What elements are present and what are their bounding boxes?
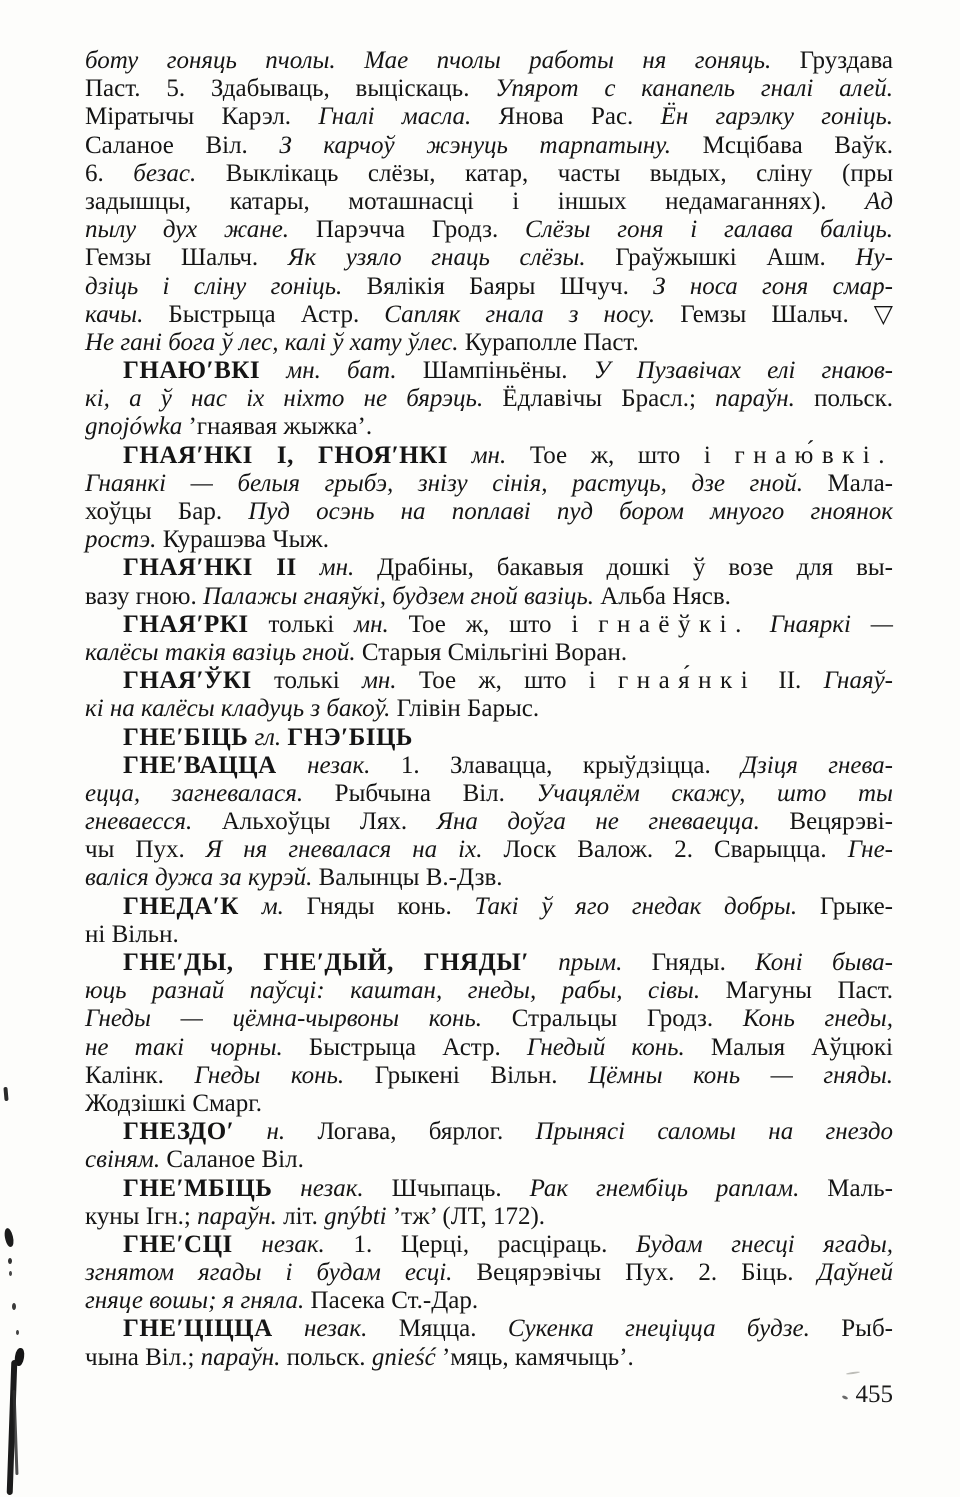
text-run-italic: У Пузавічах елі гнаюв- (594, 357, 893, 384)
text-run: Парэчча Гродз. (289, 216, 525, 243)
text-run: Граўжышкі Ашм. (586, 244, 856, 271)
text-run: Грыкені Вільн. (344, 1062, 588, 1089)
text-run: ні Вільн. (85, 921, 179, 948)
text-run: Тое ж, што і (397, 667, 618, 694)
text-run-italic: Гнеды конь. (194, 1062, 344, 1089)
text-run-spaced: гнаёўкі. (598, 611, 750, 638)
text-line: 6. безас. Выклікаць слёзы, катар, часты … (85, 160, 893, 188)
text-run: ’тж’ (ЛТ, 172). (387, 1203, 545, 1230)
text-run: Кураполле Паст. (459, 329, 639, 356)
text-run: Драбіны, бакавыя дошкі ў возе для вы- (354, 554, 893, 581)
text-run: Альба Нясв. (594, 583, 731, 610)
text-run: Гемзы Шальч. ▽ (655, 301, 893, 328)
text-run-italic: Гнаянкі — белыя грыбэ, знізу сінія, раст… (85, 470, 803, 497)
page-number: 455 (856, 1381, 894, 1409)
text-run: Міратычы Карэл. (85, 103, 318, 130)
text-run: Вецярэвічы Пух. 2. Біць. (452, 1259, 817, 1286)
text-run: хоўцы Бар. (85, 498, 248, 525)
entry-first-line: ГНЕ′СЦІ незак. 1. Церці, расціраць. Буда… (85, 1231, 893, 1259)
text-run-italic: гл. (248, 724, 287, 751)
text-run-italic: Прынясі саломы на гнездо (536, 1118, 893, 1145)
entry-first-line: ГНЕ′МБІЦЬ незак. Шчыпаць. Рак гнембіць р… (85, 1175, 893, 1203)
text-run-italic: ецца, загневалася. (85, 780, 303, 807)
text-line: Жодзішкі Смарг. (85, 1090, 893, 1118)
text-run: 1. Злавацца, крыўдзіцца. (370, 752, 741, 779)
text-run: 6. (85, 160, 133, 187)
text-run: Гняды конь. (284, 893, 475, 920)
text-line: гневаесся. Альхоўцы Лях. Яна доўга не гн… (85, 808, 893, 836)
text-run-italic: Палажы гнаяўкі, будзем гной вазіць. (203, 583, 594, 610)
text-run: Рыб- (810, 1315, 893, 1342)
text-run-italic: Пуд осэнь на поплаві пуд бором мнуого гн… (248, 498, 893, 525)
text-line: згнятом ягады і будам есці. Вецярэвічы П… (85, 1259, 893, 1287)
text-line: чы Пух. Я ня гневалася на іх. Лоск Валож… (85, 836, 893, 864)
text-run-italic: валіся дужа за курэй. (85, 864, 312, 891)
text-run: Калінк. (85, 1062, 194, 1089)
entry-first-line: ГНАЯ′ЎКІ толькі мн. Тое ж, што і гная́нк… (85, 667, 893, 695)
text-run: Выклікаць слёзы, катар, часты выдых, слі… (196, 160, 893, 187)
text-run: куны Ігн.; (85, 1203, 197, 1230)
text-run-spaced: гная́нкі (618, 667, 756, 694)
text-run: Саланое Віл. (85, 132, 279, 159)
text-run-italic: н. (234, 1118, 285, 1145)
text-line: пылу дух жане. Парэчча Гродз. Слёзы гоня… (85, 216, 893, 244)
text-line: куны Ігн.; параўн. літ. gnýbti ’тж’ (ЛТ,… (85, 1203, 893, 1231)
text-run-italic: Будам гнесці ягады, (636, 1231, 893, 1258)
text-run: Гняды. (622, 949, 755, 976)
text-run-italic: незак. (277, 752, 371, 779)
text-run-italic: гневаесся. (85, 808, 192, 835)
entry-first-line: ГНЕ′ВАЦЦА незак. 1. Злавацца, крыўдзіцца… (85, 752, 893, 780)
text-run-italic: gnieść (372, 1344, 436, 1371)
text-line: качы. Быстрыца Астр. Сапляк гнала з носу… (85, 301, 893, 329)
text-run-italic: параўн. (197, 1203, 277, 1230)
text-run: Груздава (771, 47, 893, 74)
text-run-italic: параўн. (201, 1344, 281, 1371)
text-line: хоўцы Бар. Пуд осэнь на поплаві пуд боро… (85, 498, 893, 526)
text-run: толькі (252, 667, 362, 694)
headword: ГНЕЗДО′ (123, 1118, 234, 1145)
headword: ГНАЮ′ВКІ (123, 357, 260, 384)
text-run: Грыке- (797, 893, 893, 920)
text-run-italic: Цёмны конь — гняды. (588, 1062, 893, 1089)
text-run: польск. (280, 1344, 371, 1371)
entry-first-line: ГНАЮ′ВКІ мн. бат. Шампіньёны. У Пузавіча… (85, 357, 893, 385)
text-run: Стральцы Гродз. (482, 1005, 743, 1032)
text-run-italic: мн. (297, 554, 355, 581)
text-run-italic: Даўней (817, 1259, 893, 1286)
text-run-italic: незак. (272, 1175, 363, 1202)
text-run-italic: Гне- (848, 836, 893, 863)
ink-mark-dot (9, 1271, 12, 1276)
text-line: валіся дужа за курэй. Валынцы В.-Дзв. (85, 864, 893, 892)
text-run: Магуны Паст. (700, 977, 893, 1004)
text-run-italic: Яна доўга не гневаецца. (437, 808, 760, 835)
text-run-italic: незак. (233, 1231, 325, 1258)
text-run: Паст. 5. Здабываць, выціскаць. (85, 75, 495, 102)
text-run-italic: Конь гнеды, (743, 1005, 893, 1032)
text-line: gnojówka ’гнаявая жыжка’. (85, 413, 893, 441)
text-run: Тое ж, што і (506, 442, 734, 469)
text-line: Міратычы Карэл. Гналі масла. Янова Рас. … (85, 103, 893, 131)
text-run: Рыбчына Віл. (303, 780, 536, 807)
text-run-italic: Такі ў яго гнедак добры. (474, 893, 797, 920)
text-run: Логава, бярлог. (285, 1118, 535, 1145)
ink-mark-dot (12, 1303, 16, 1310)
text-line: ецца, загневалася. Рыбчына Віл. Учацялём… (85, 780, 893, 808)
text-run-italic: згнятом ягады і будам есці. (85, 1259, 452, 1286)
text-run: Быстрыца Астр. (283, 1034, 527, 1061)
text-run-italic: Я ня гневалася на іх. (206, 836, 483, 863)
headword: ГНЕ′ЦІЦЦА (123, 1315, 273, 1342)
text-run: Мсцібава Ваўк. (671, 132, 893, 159)
headword: ГНЕ′ВАЦЦА (123, 752, 277, 779)
text-run: Шампіньёны. (397, 357, 594, 384)
text-run-italic: мн. (354, 611, 389, 638)
text-run-italic: Рак гнембіць раплам. (530, 1175, 800, 1202)
text-run-italic: Ад (865, 188, 893, 215)
text-run-italic: Слёзы гоня і галава баліць. (525, 216, 893, 243)
text-line: Калінк. Гнеды конь. Грыкені Вільн. Цёмны… (85, 1062, 893, 1090)
text-run: Вялікія Баяры Шчуч. (342, 273, 653, 300)
text-run: Глівін Барыс. (390, 695, 539, 722)
headword: ГНАЯ′РКІ (123, 611, 249, 638)
text-run-italic: Не гані бога ў лес, калі ў хату ўлес. (85, 329, 459, 356)
text-run-italic: м. (239, 893, 284, 920)
text-run-italic: Учацялём скажу, што ты (537, 780, 894, 807)
text-run-italic: ростэ. (85, 526, 156, 553)
text-run: Саланое Віл. (160, 1146, 304, 1173)
text-run: Маль- (799, 1175, 893, 1202)
text-run: Жодзішкі Смарг. (85, 1090, 262, 1117)
text-run-italic: свіням. (85, 1146, 160, 1173)
ink-mark-tick (3, 1087, 8, 1101)
text-run: Тое ж, што і (389, 611, 598, 638)
text-run: Старыя Смільгіні Воран. (356, 639, 627, 666)
text-run: Курашэва Чыж. (156, 526, 329, 553)
text-run-italic: Як узяло гнаць слёзы. (288, 244, 586, 271)
entry-first-line: ГНАЯ′НКІ I, ГНОЯ′НКІ мн. Тое ж, што і гн… (85, 442, 893, 470)
text-run-italic: gnojówka (85, 413, 182, 440)
text-run-italic: Гнеды — цёмна-чырвоны конь. (85, 1005, 482, 1032)
entry-first-line: ГНЕДА′К м. Гняды конь. Такі ў яго гнедак… (85, 893, 893, 921)
text-run-italic: Сапляк гнала з носу. (384, 301, 655, 328)
text-run-italic: безас. (133, 160, 196, 187)
text-run: II. (756, 667, 823, 694)
text-line: боту гоняць пчолы. Мае пчолы работы ня г… (85, 47, 893, 75)
text-run-italic: gnýbti (324, 1203, 387, 1230)
text-line: вазу гною. Палажы гнаяўкі, будзем гной в… (85, 583, 893, 611)
ink-mark-dot (8, 1258, 12, 1264)
text-run-italic: не такі чорны. (85, 1034, 283, 1061)
ink-mark-speck (16, 1330, 19, 1335)
text-line: кі, а ў нас іх ніхто не бярэць. Ёдлавічы… (85, 385, 893, 413)
text-run-italic: Ён гарэлку гоніць. (661, 103, 893, 130)
text-run: задышцы, катары, моташнасці і іншых неда… (85, 188, 865, 215)
text-run: літ. (277, 1203, 324, 1230)
text-line: ростэ. Курашэва Чыж. (85, 526, 893, 554)
headword: ГНЕ′СЦІ (123, 1231, 233, 1258)
text-line: дзіць і сліну гоніць. Вялікія Баяры Шчуч… (85, 273, 893, 301)
text-line: юць разнай паўсці: каштан, гнеды, рабы, … (85, 977, 893, 1005)
text-run: Быстрыца Астр. (143, 301, 384, 328)
entry-first-line: ГНЕ′ДЫ, ГНЕ′ДЫЙ, ГНЯДЫ′ прым. Гняды. Кон… (85, 949, 893, 977)
text-run: чына Віл.; (85, 1344, 201, 1371)
text-run: Пасека Ст.-Дар. (304, 1287, 478, 1314)
text-run: Альхоўцы Лях. (192, 808, 436, 835)
text-run-italic: мн. (448, 442, 506, 469)
text-line: кі на калёсы кладуць з бакоў. Глівін Бар… (85, 695, 893, 723)
text-run: ’мяць, камячыць’. (436, 1344, 634, 1371)
text-run-italic: Сукенка гнеціцца будзе. (508, 1315, 810, 1342)
text-line: чына Віл.; параўн. польск. gnieść ’мяць,… (85, 1344, 893, 1372)
text-run: толькі (249, 611, 354, 638)
text-run-italic: Коні быва- (755, 949, 893, 976)
headword: ГНЕДА′К (123, 893, 239, 920)
headword: ГНЭ′БІЦЬ (287, 724, 413, 751)
text-run-italic: боту гоняць пчолы. Мае пчолы работы ня г… (85, 47, 771, 74)
text-line: Гнаянкі — белыя грыбэ, знізу сінія, раст… (85, 470, 893, 498)
text-run: Шчыпаць. (364, 1175, 530, 1202)
text-run-italic: пылу дух жане. (85, 216, 289, 243)
text-run: Малыя Аўцюкі (685, 1034, 893, 1061)
entry-first-line: ГНЕ′БІЦЬ гл. ГНЭ′БІЦЬ (85, 724, 893, 752)
text-run: Лоск Валож. 2. Сварыцца. (482, 836, 847, 863)
speck-before-page-number (842, 1395, 849, 1400)
text-line: Саланое Віл. З карчоў жэнуць тарпатыну. … (85, 132, 893, 160)
text-run-italic: Упярот с канапель гналі алей. (495, 75, 893, 102)
entry-first-line: ГНЕ′ЦІЦЦА незак. Мяцца. Сукенка гнеціцца… (85, 1315, 893, 1343)
text-run-italic: параўн. (715, 385, 795, 412)
text-run: Валынцы В.-Дзв. (312, 864, 502, 891)
text-run-italic: Гнедый конь. (527, 1034, 685, 1061)
dictionary-text: боту гоняць пчолы. Мае пчолы работы ня г… (85, 47, 893, 1372)
text-run-italic: Гнаяў- (824, 667, 893, 694)
text-run-italic: мн. бат. (260, 357, 397, 384)
text-run-italic: дзіць і сліну гоніць. (85, 273, 342, 300)
text-line: свіням. Саланое Віл. (85, 1146, 893, 1174)
text-line: задышцы, катары, моташнасці і іншых неда… (85, 188, 893, 216)
text-run: Мяцца. (367, 1315, 507, 1342)
text-run: Гемзы Шальч. (85, 244, 288, 271)
headword: ГНАЯ′НКІ I, ГНОЯ′НКІ (123, 442, 448, 469)
text-run: Мала- (803, 470, 893, 497)
text-run-italic: качы. (85, 301, 143, 328)
text-run-spaced: гнаю́вкі. (734, 442, 893, 469)
text-line: Гнеды — цёмна-чырвоны конь. Стральцы Гро… (85, 1005, 893, 1033)
text-run: Ёдлавічы Брасл.; (483, 385, 715, 412)
text-run-italic: Гналі масла. (318, 103, 471, 130)
text-run: ’гнаявая жыжка’. (182, 413, 372, 440)
text-run-italic: мн. (362, 667, 397, 694)
text-line: Паст. 5. Здабываць, выціскаць. Упярот с … (85, 75, 893, 103)
text-run-italic: юць разнай паўсці: каштан, гнеды, рабы, … (85, 977, 700, 1004)
text-line: ні Вільн. (85, 921, 893, 949)
text-run-italic: Ну- (856, 244, 893, 271)
text-line: не такі чорны. Быстрыца Астр. Гнедый кон… (85, 1034, 893, 1062)
text-run: 1. Церці, расціраць. (325, 1231, 636, 1258)
text-run-italic: кі, а ў нас іх ніхто не бярэць. (85, 385, 483, 412)
entry-first-line: ГНАЯ′РКІ толькі мн. Тое ж, што і гнаёўкі… (85, 611, 893, 639)
text-run: Вецярэві- (760, 808, 893, 835)
text-run: чы Пух. (85, 836, 206, 863)
text-line: Гемзы Шальч. Як узяло гнаць слёзы. Граўж… (85, 244, 893, 272)
text-run: вазу гною. (85, 583, 203, 610)
headword: ГНЕ′ДЫ, ГНЕ′ДЫЙ, ГНЯДЫ′ (123, 949, 529, 976)
text-run-italic: Дзіця гнева- (741, 752, 893, 779)
headword: ГНЕ′МБІЦЬ (123, 1175, 272, 1202)
text-run-italic: калёсы такія вазіць гной. (85, 639, 356, 666)
ink-mark-comma (3, 1227, 15, 1247)
text-run-italic: кі на калёсы кладуць з бакоў. (85, 695, 390, 722)
entry-first-line: ГНЕЗДО′ н. Логава, бярлог. Прынясі салом… (85, 1118, 893, 1146)
text-run-italic: прым. (529, 949, 622, 976)
headword: ГНАЯ′НКІ II (123, 554, 297, 581)
text-run-italic: гняце вошы; я гняла. (85, 1287, 304, 1314)
scanned-dictionary-page: боту гоняць пчолы. Мае пчолы работы ня г… (0, 0, 960, 1497)
text-run-italic: Гнаяркі — (750, 611, 893, 638)
text-run: Янова Рас. (471, 103, 660, 130)
text-run-italic: З носа гоня смар- (653, 273, 893, 300)
text-line: гняце вошы; я гняла. Пасека Ст.-Дар. (85, 1287, 893, 1315)
text-run-italic: незак. (273, 1315, 368, 1342)
text-run-italic: З карчоў жэнуць тарпатыну. (279, 132, 671, 159)
text-run: польск. (795, 385, 893, 412)
text-line: Не гані бога ў лес, калі ў хату ўлес. Ку… (85, 329, 893, 357)
entry-first-line: ГНАЯ′НКІ II мн. Драбіны, бакавыя дошкі ў… (85, 554, 893, 582)
headword: ГНЕ′БІЦЬ (123, 724, 248, 751)
text-line: калёсы такія вазіць гной. Старыя Смільгі… (85, 639, 893, 667)
headword: ГНАЯ′ЎКІ (123, 667, 252, 694)
